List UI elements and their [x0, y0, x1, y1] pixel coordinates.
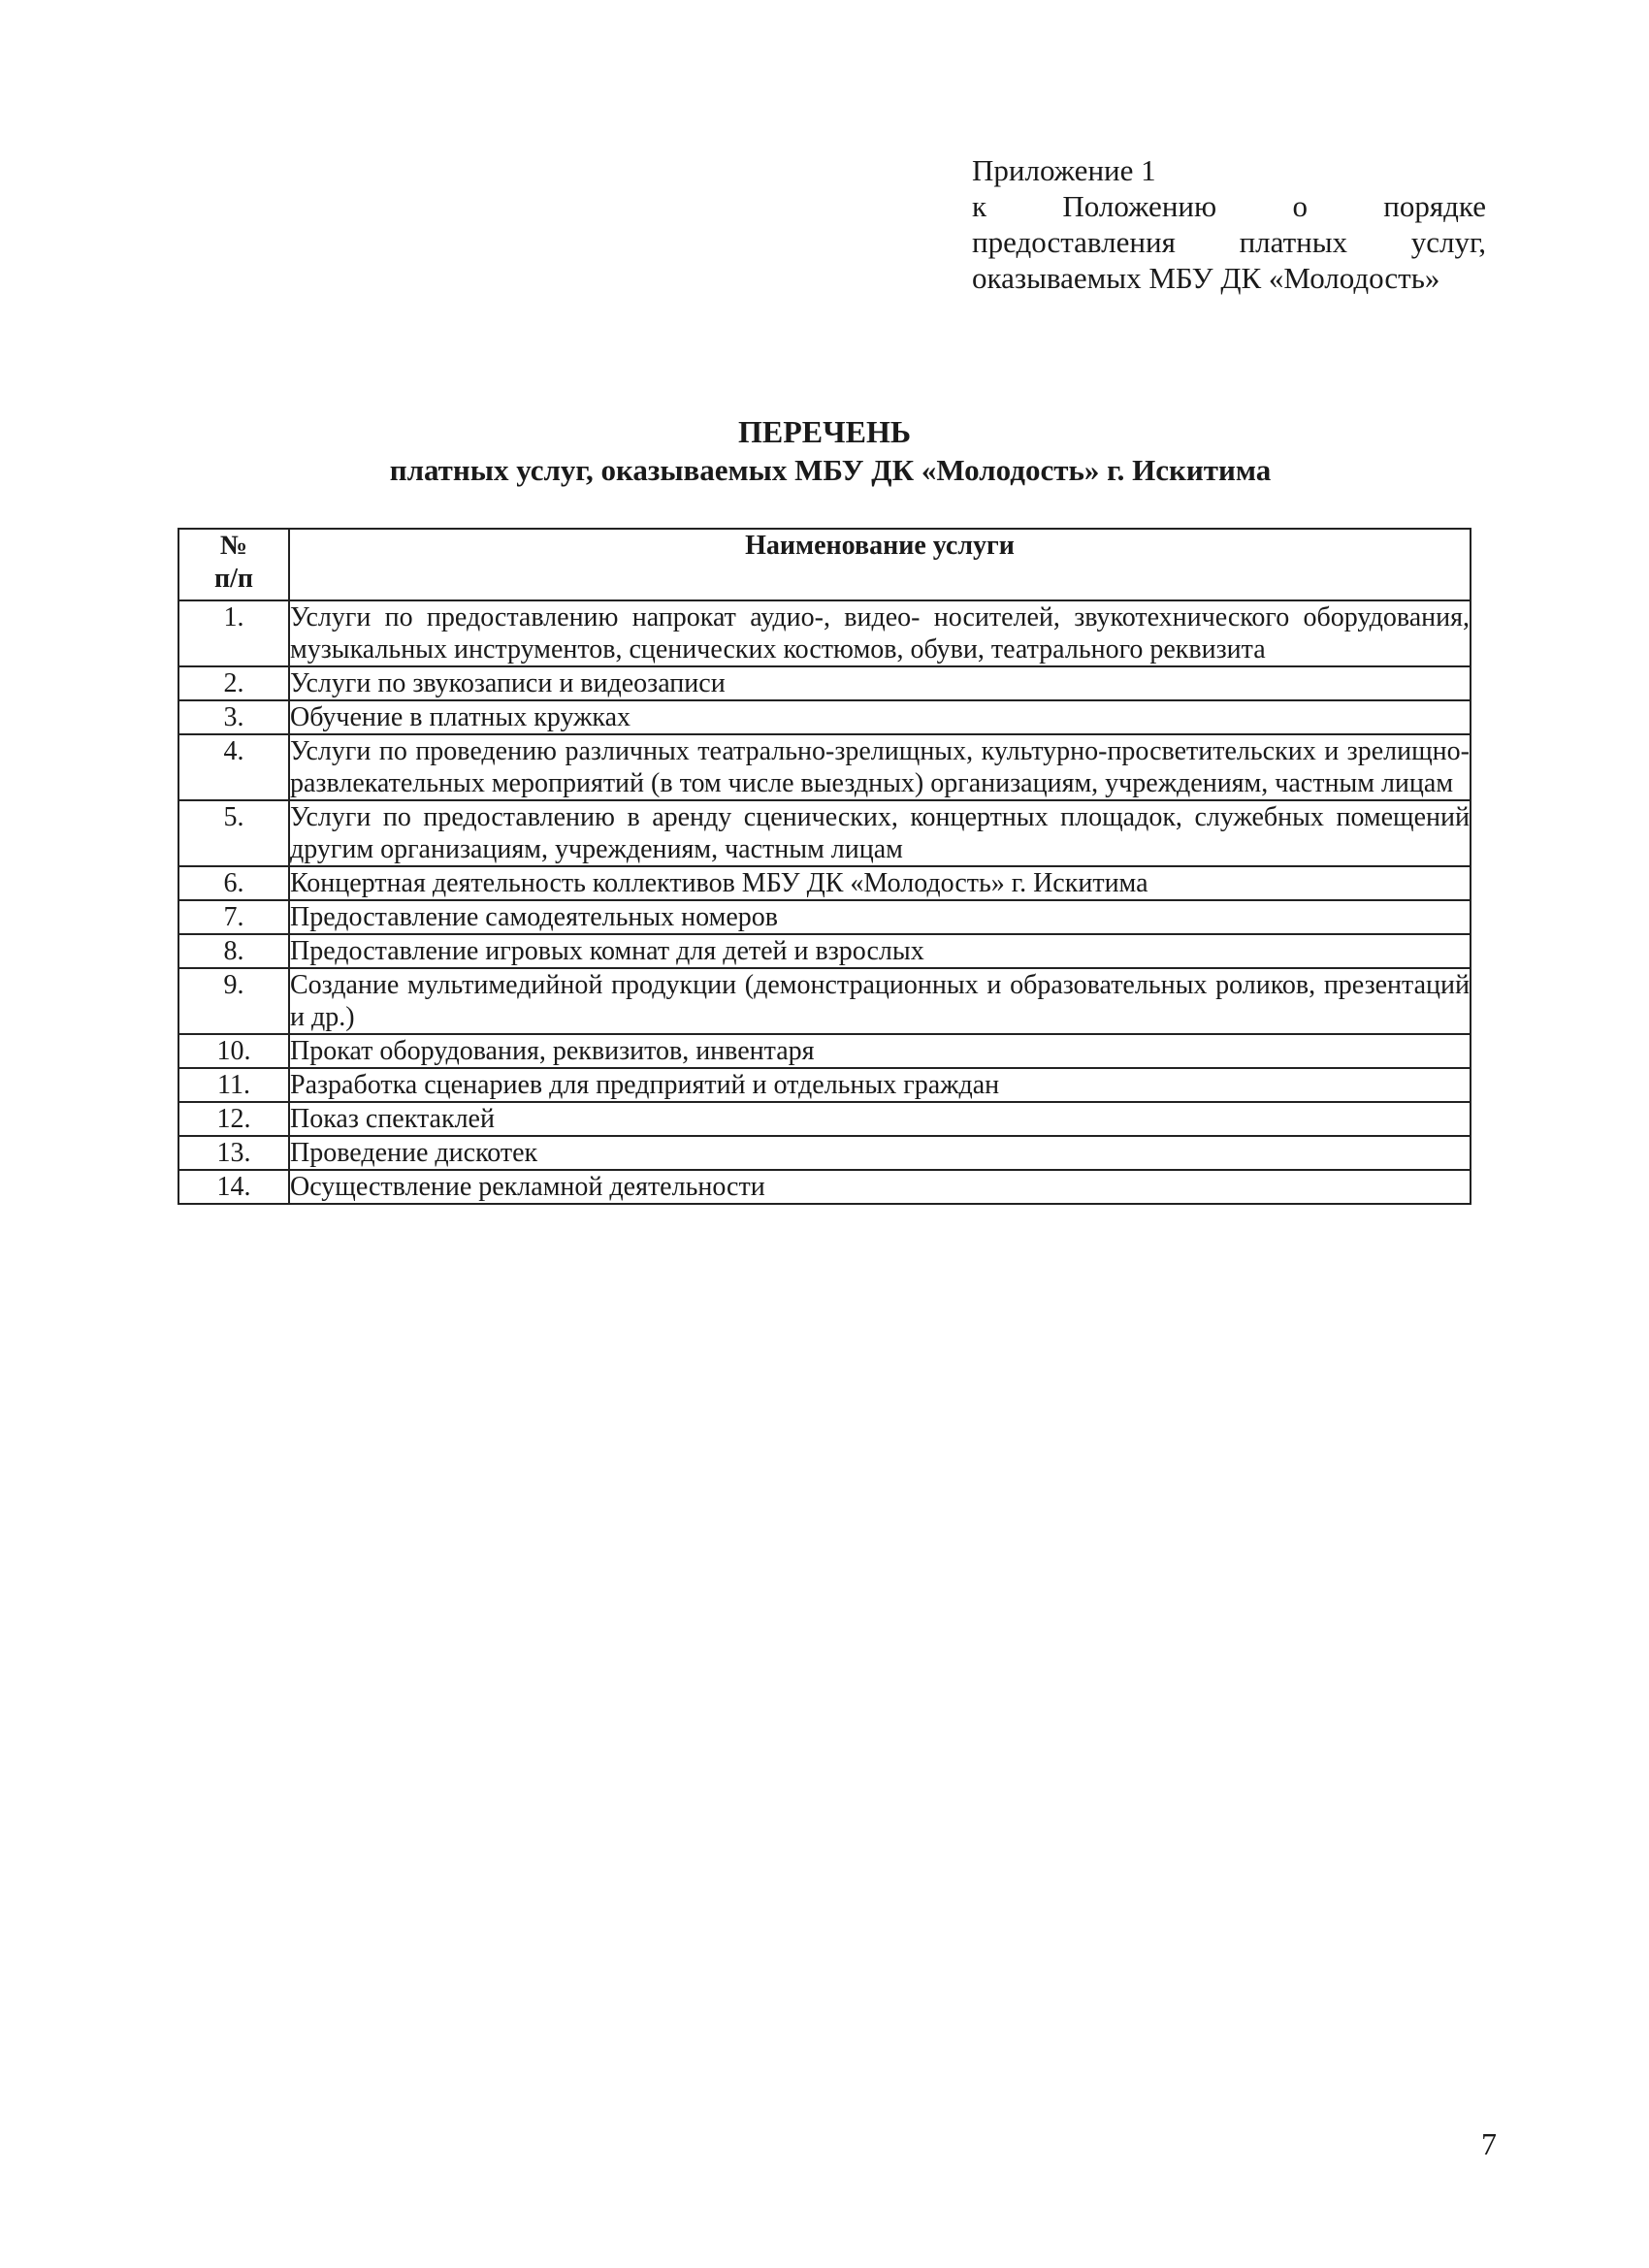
word: порядке — [1383, 188, 1486, 224]
table-row: 11.Разработка сценариев для предприятий … — [178, 1068, 1471, 1102]
row-service-name: Проведение дискотек — [289, 1136, 1471, 1170]
table-row: 3.Обучение в платных кружках — [178, 700, 1471, 734]
row-number: 2. — [178, 666, 289, 700]
row-service-name: Прокат оборудования, реквизитов, инвента… — [289, 1034, 1471, 1068]
table-row: 2.Услуги по звукозаписи и видеозаписи — [178, 666, 1471, 700]
row-service-name: Создание мультимедийной продукции (демон… — [289, 968, 1471, 1034]
table-row: 7.Предоставление самодеятельных номеров — [178, 900, 1471, 934]
header-service-name: Наименование услуги — [289, 529, 1471, 600]
table-row: 9.Создание мультимедийной продукции (дем… — [178, 968, 1471, 1034]
row-service-name: Предоставление игровых комнат для детей … — [289, 934, 1471, 968]
row-service-name: Разработка сценариев для предприятий и о… — [289, 1068, 1471, 1102]
word: платных — [1240, 224, 1347, 260]
title-subtitle: платных услуг, оказываемых МБУ ДК «Молод… — [12, 451, 1649, 490]
title-main: ПЕРЕЧЕНЬ — [0, 412, 1649, 451]
appendix-header: Приложение 1 к Положению о порядке предо… — [972, 152, 1486, 296]
table-row: 6.Концертная деятельность коллективов МБ… — [178, 866, 1471, 900]
row-number: 9. — [178, 968, 289, 1034]
word: Положению — [1062, 188, 1216, 224]
header-number-text: №п/п — [214, 531, 253, 594]
table-row: 13.Проведение дискотек — [178, 1136, 1471, 1170]
row-service-name: Услуги по предоставлению в аренду сценич… — [289, 800, 1471, 866]
row-number: 4. — [178, 734, 289, 800]
row-service-name: Обучение в платных кружках — [289, 700, 1471, 734]
table-row: 5.Услуги по предоставлению в аренду сцен… — [178, 800, 1471, 866]
word: о — [1292, 188, 1308, 224]
table-row: 8.Предоставление игровых комнат для дете… — [178, 934, 1471, 968]
row-number: 8. — [178, 934, 289, 968]
row-number: 10. — [178, 1034, 289, 1068]
document-title: ПЕРЕЧЕНЬ платных услуг, оказываемых МБУ … — [0, 412, 1649, 490]
table-header-row: №п/п Наименование услуги — [178, 529, 1471, 600]
appendix-line-4: оказываемых МБУ ДК «Молодость» — [972, 260, 1486, 296]
row-service-name: Предоставление самодеятельных номеров — [289, 900, 1471, 934]
row-service-name: Показ спектаклей — [289, 1102, 1471, 1136]
row-number: 13. — [178, 1136, 289, 1170]
row-number: 3. — [178, 700, 289, 734]
table-row: 14.Осуществление рекламной деятельности — [178, 1170, 1471, 1204]
word: к — [972, 188, 986, 224]
table-row: 10.Прокат оборудования, реквизитов, инве… — [178, 1034, 1471, 1068]
word: услуг, — [1411, 224, 1486, 260]
row-number: 12. — [178, 1102, 289, 1136]
row-number: 6. — [178, 866, 289, 900]
row-number: 1. — [178, 600, 289, 666]
row-number: 11. — [178, 1068, 289, 1102]
row-service-name: Услуги по звукозаписи и видеозаписи — [289, 666, 1471, 700]
row-service-name: Концертная деятельность коллективов МБУ … — [289, 866, 1471, 900]
appendix-line-1: Приложение 1 — [972, 152, 1486, 188]
page-number: 7 — [1481, 2126, 1497, 2162]
row-number: 7. — [178, 900, 289, 934]
row-number: 14. — [178, 1170, 289, 1204]
word: предоставления — [972, 224, 1176, 260]
table-row: 4.Услуги по проведению различных театрал… — [178, 734, 1471, 800]
row-number: 5. — [178, 800, 289, 866]
header-number: №п/п — [178, 529, 289, 600]
table-row: 1.Услуги по предоставлению напрокат ауди… — [178, 600, 1471, 666]
services-table: №п/п Наименование услуги 1.Услуги по пре… — [178, 528, 1471, 1205]
row-service-name: Услуги по проведению различных театральн… — [289, 734, 1471, 800]
appendix-line-3: предоставления платных услуг, — [972, 224, 1486, 260]
row-service-name: Услуги по предоставлению напрокат аудио-… — [289, 600, 1471, 666]
appendix-line-2: к Положению о порядке — [972, 188, 1486, 224]
row-service-name: Осуществление рекламной деятельности — [289, 1170, 1471, 1204]
table-row: 12.Показ спектаклей — [178, 1102, 1471, 1136]
